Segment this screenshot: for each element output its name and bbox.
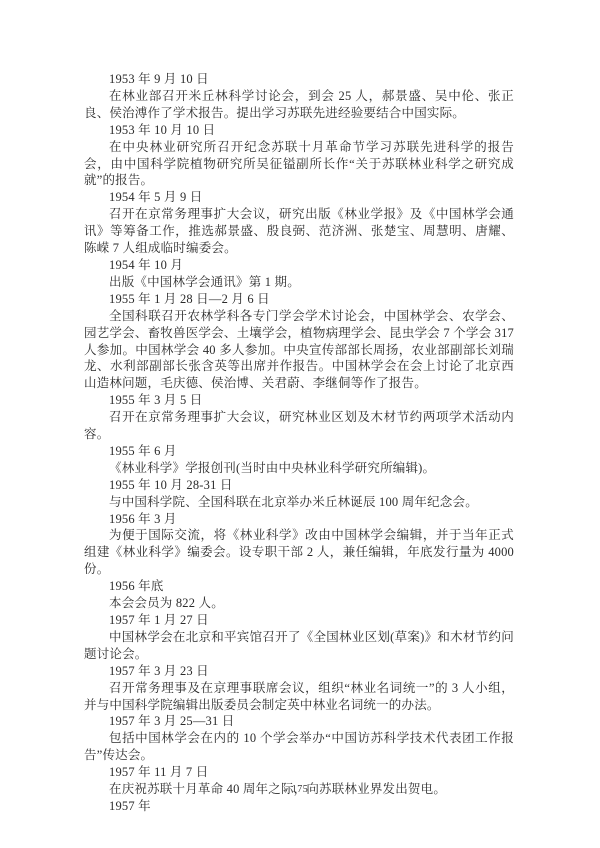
chronicle-entry: 1953 年 10 月 10 日 在中央林业研究所召开纪念苏联十月革命节学习苏联…: [84, 122, 514, 190]
chronicle-entry: 1957 年 3 月 25—31 日 包括中国林学会在内的 10 个学会举办“中…: [84, 713, 514, 764]
entry-date: 1954 年 5 月 9 日: [84, 189, 514, 206]
entry-text: 全国科联召开农林学科各专门学会学术讨论会，中国林学会、农学会、园艺学会、畜牧兽医…: [84, 308, 514, 393]
chronicle-entry: 1957 年 1 月 27 日 中国林学会在北京和平宾馆召开了《全国林业区划(草…: [84, 612, 514, 663]
entry-text: 在林业部召开米丘林科学讨论会，到会 25 人，郝景盛、吴中伦、张正良、侯治溥作了…: [84, 88, 514, 122]
entry-text: 召开在京常务理事扩大会议，研究出版《林业学报》及《中国林学会通讯》等筹备工作，推…: [84, 206, 514, 257]
entry-date: 1955 年 1 月 28 日—2 月 6 日: [84, 291, 514, 308]
chronicle-body: 1953 年 9 月 10 日 在林业部召开米丘林科学讨论会，到会 25 人，郝…: [84, 71, 514, 815]
entry-text: 《林业科学》学报创刊(当时由中央林业科学研究所编辑)。: [84, 460, 514, 477]
entry-date: 1953 年 9 月 10 日: [84, 71, 514, 88]
chronicle-entry: 1955 年 6 月 《林业科学》学报创刊(当时由中央林业科学研究所编辑)。: [84, 443, 514, 477]
chronicle-entry: 1954 年 10 月 出版《中国林学会通讯》第 1 期。: [84, 257, 514, 291]
chronicle-entry: 1955 年 10 月 28-31 日 与中国科学院、全国科联在北京举办米丘林诞…: [84, 477, 514, 511]
entry-date: 1953 年 10 月 10 日: [84, 122, 514, 139]
entry-date: 1957 年 3 月 23 日: [84, 663, 514, 680]
entry-date: 1956 年 3 月: [84, 511, 514, 528]
entry-date: 1954 年 10 月: [84, 257, 514, 274]
entry-date: 1957 年: [84, 798, 514, 815]
entry-text: 出版《中国林学会通讯》第 1 期。: [84, 274, 514, 291]
entry-date: 1955 年 3 月 5 日: [84, 392, 514, 409]
entry-text: 本会会员为 822 人。: [84, 595, 514, 612]
entry-date: 1957 年 11 月 7 日: [84, 764, 514, 781]
chronicle-entry: 1955 年 3 月 5 日 召开在京常务理事扩大会议，研究林业区划及木材节约两…: [84, 392, 514, 443]
entry-text: 召开常务理事及在京理事联席会议，组织“林业名词统一”的 3 人小组，并与中国科学…: [84, 680, 514, 714]
chronicle-entry: 1956 年底 本会会员为 822 人。: [84, 578, 514, 612]
chronicle-entry: 1957 年: [84, 798, 514, 815]
document-page: 1953 年 9 月 10 日 在林业部召开米丘林科学讨论会，到会 25 人，郝…: [0, 0, 600, 848]
entry-text: 包括中国林学会在内的 10 个学会举办“中国访苏科学技术代表团工作报告”传达会。: [84, 730, 514, 764]
chronicle-entry: 1955 年 1 月 28 日—2 月 6 日 全国科联召开农林学科各专门学会学…: [84, 291, 514, 392]
entry-text: 中国林学会在北京和平宾馆召开了《全国林业区划(草案)》和木材节约问题讨论会。: [84, 629, 514, 663]
chronicle-entry: 1953 年 9 月 10 日 在林业部召开米丘林科学讨论会，到会 25 人，郝…: [84, 71, 514, 122]
entry-date: 1955 年 6 月: [84, 443, 514, 460]
entry-date: 1957 年 3 月 25—31 日: [84, 713, 514, 730]
chronicle-entry: 1957 年 3 月 23 日 召开常务理事及在京理事联席会议，组织“林业名词统…: [84, 663, 514, 714]
entry-date: 1957 年 1 月 27 日: [84, 612, 514, 629]
page-number: 175: [0, 784, 600, 795]
entry-text: 与中国科学院、全国科联在北京举办米丘林诞辰 100 周年纪念会。: [84, 494, 514, 511]
entry-text: 在中央林业研究所召开纪念苏联十月革命节学习苏联先进科学的报告会，由中国科学院植物…: [84, 139, 514, 190]
chronicle-entry: 1956 年 3 月 为便于国际交流，将《林业科学》改由中国林学会编辑，并于当年…: [84, 511, 514, 579]
entry-text: 召开在京常务理事扩大会议，研究林业区划及木材节约两项学术活动内容。: [84, 409, 514, 443]
entry-date: 1956 年底: [84, 578, 514, 595]
entry-text: 为便于国际交流，将《林业科学》改由中国林学会编辑，并于当年正式组建《林业科学》编…: [84, 527, 514, 578]
entry-date: 1955 年 10 月 28-31 日: [84, 477, 514, 494]
chronicle-entry: 1954 年 5 月 9 日 召开在京常务理事扩大会议，研究出版《林业学报》及《…: [84, 189, 514, 257]
